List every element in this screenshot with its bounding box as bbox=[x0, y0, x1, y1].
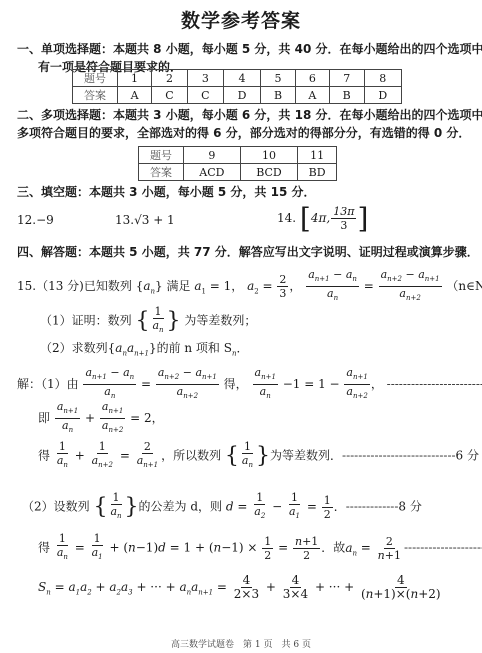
right-bracket-icon: ] bbox=[357, 202, 368, 235]
seq-an: {an} bbox=[136, 279, 163, 293]
sol-suoyi: ，所以数列 bbox=[161, 449, 221, 463]
row-label-number: 题号 bbox=[139, 147, 184, 164]
cell-number: 9 bbox=[184, 147, 241, 164]
q15-part1: （1）证明：数列 {1an} 为等差数列； bbox=[40, 305, 256, 337]
answer-q13: 13.√3 + 1 bbox=[115, 213, 175, 227]
row-label-answer: 答案 bbox=[73, 87, 118, 104]
cell-number: 7 bbox=[329, 70, 364, 87]
part2-suffix: 的前 n 项和 S bbox=[157, 341, 232, 355]
sol3-gu: ．故 bbox=[321, 541, 345, 555]
q15-part2: （2）求数列{anan+1}的前 n 项和 Sn． bbox=[40, 339, 249, 357]
cell-number: 11 bbox=[298, 147, 337, 164]
solution-label: 解：（1）由 bbox=[17, 377, 79, 391]
sol2-mid: 的公差为 d，则 bbox=[139, 500, 223, 514]
cell-answer: BD bbox=[298, 164, 337, 181]
sol1-mid: 得， bbox=[224, 377, 248, 391]
cell-answer: B bbox=[329, 87, 364, 104]
cell-answer: A bbox=[295, 87, 329, 104]
cell-number: 3 bbox=[187, 70, 223, 87]
sol-de: 得 bbox=[38, 449, 50, 463]
q15-stem: 15.（13 分)已知数列 {an} 满足 a1 = 1， a2 = 23， a… bbox=[17, 268, 482, 305]
q15-domain: （n∈N*）． bbox=[446, 279, 482, 293]
solution-step3: 得 1an + 1an+2 = 2an+1，所以数列 {1an}为等差数列．--… bbox=[38, 440, 479, 472]
cell-number: 2 bbox=[152, 70, 188, 87]
section2-heading-line2: 多项符合题目的要求，全部选对的得 6 分，部分选对的得部分分，有选错的得 0 分… bbox=[17, 124, 470, 141]
score-6: 6 分 bbox=[456, 449, 479, 463]
q14-left: 4π, bbox=[311, 211, 330, 225]
single-choice-answer-table: 题号 1 2 3 4 5 6 7 8 答案 A C C D B A B D bbox=[72, 69, 402, 104]
solution-part2-step3: Sn = a1a2 + a2a3 + ··· + anan+1 = 42×3 +… bbox=[38, 574, 444, 601]
solution-part2-step1: （2）设数列 {1an}的公差为 d，则 d = 1a2 − 1a1 = 12．… bbox=[22, 491, 422, 523]
sol3-prefix: 得 bbox=[38, 541, 50, 555]
row-label-number: 题号 bbox=[73, 70, 118, 87]
page-title: 数学参考答案 bbox=[0, 6, 482, 33]
cell-answer: D bbox=[364, 87, 402, 104]
q14-frac-num: 13π bbox=[331, 205, 356, 219]
cell-answer: A bbox=[118, 87, 152, 104]
cell-number: 5 bbox=[261, 70, 296, 87]
sol2-prefix: （2）设数列 bbox=[22, 500, 90, 514]
q15-stem-prefix: 15.（13 分)已知数列 bbox=[17, 279, 132, 293]
solution-step2: 即 an+1an + an+1an+2 = 2， bbox=[38, 400, 164, 437]
cell-answer: C bbox=[187, 87, 223, 104]
section2-heading-line1: 二、多项选择题：本题共 3 小题，每小题 6 分，共 18 分．在每小题给出的四… bbox=[17, 106, 482, 123]
cell-answer: B bbox=[261, 87, 296, 104]
section3-heading: 三、填空题：本题共 3 小题，每小题 5 分，共 15 分． bbox=[17, 183, 315, 200]
section4-heading: 四、解答题：本题共 5 小题，共 77 分．解答应写出文字说明、证明过程或演算步… bbox=[17, 243, 479, 260]
part1-suffix: 为等差数列； bbox=[184, 314, 256, 328]
answer-q12: 12.−9 bbox=[17, 213, 54, 227]
q15-condition: 满足 bbox=[166, 279, 190, 293]
cell-answer: D bbox=[223, 87, 260, 104]
row-label-answer: 答案 bbox=[139, 164, 184, 181]
q12-label: 12. bbox=[17, 213, 36, 227]
table-row-numbers: 题号 9 10 11 bbox=[139, 147, 337, 164]
answer-key-page: 数学参考答案 一、单项选择题：本题共 8 小题，每小题 5 分，共 40 分．在… bbox=[0, 0, 482, 653]
solution-step1: 解：（1）由 an+1 − anan = an+2 − an+1an+2 得， … bbox=[17, 366, 482, 403]
cell-number: 6 bbox=[295, 70, 329, 87]
q12-value: −9 bbox=[36, 213, 54, 227]
table-row-numbers: 题号 1 2 3 4 5 6 7 8 bbox=[73, 70, 402, 87]
multi-choice-answer-table: 题号 9 10 11 答案 ACD BCD BD bbox=[138, 146, 337, 181]
page-footer: 高三数学试题卷 第 1 页 共 6 页 bbox=[0, 637, 482, 650]
q13-label: 13. bbox=[115, 213, 134, 227]
q14-frac-den: 3 bbox=[338, 219, 349, 232]
part1-label: （1）证明：数列 bbox=[40, 314, 132, 328]
cell-answer: ACD bbox=[184, 164, 241, 181]
answer-q14: 14. [4π,13π3] bbox=[277, 202, 368, 235]
cell-answer: BCD bbox=[240, 164, 297, 181]
q14-label: 14. bbox=[277, 211, 296, 225]
q13-value: √3 + 1 bbox=[134, 213, 175, 227]
section1-heading-line1: 一、单项选择题：本题共 8 小题，每小题 5 分，共 40 分．在每小题给出的四… bbox=[17, 40, 482, 57]
score-8: 8 分 bbox=[398, 500, 421, 514]
cell-number: 1 bbox=[118, 70, 152, 87]
table-row-answers: 答案 A C C D B A B D bbox=[73, 87, 402, 104]
cell-number: 10 bbox=[240, 147, 297, 164]
solution-part2-step2: 得 1an = 1a1 + (n−1)d = 1 + (n−1) × 12 = … bbox=[38, 532, 482, 564]
table-row-answers: 答案 ACD BCD BD bbox=[139, 164, 337, 181]
cell-answer: C bbox=[152, 87, 188, 104]
cell-number: 8 bbox=[364, 70, 402, 87]
sol-suoyi-suffix: 为等差数列． bbox=[270, 449, 342, 463]
cell-number: 4 bbox=[223, 70, 260, 87]
left-bracket-icon: [ bbox=[300, 202, 311, 235]
sol-ji: 即 bbox=[38, 411, 50, 425]
part2-label: （2）求数列 bbox=[40, 341, 108, 355]
